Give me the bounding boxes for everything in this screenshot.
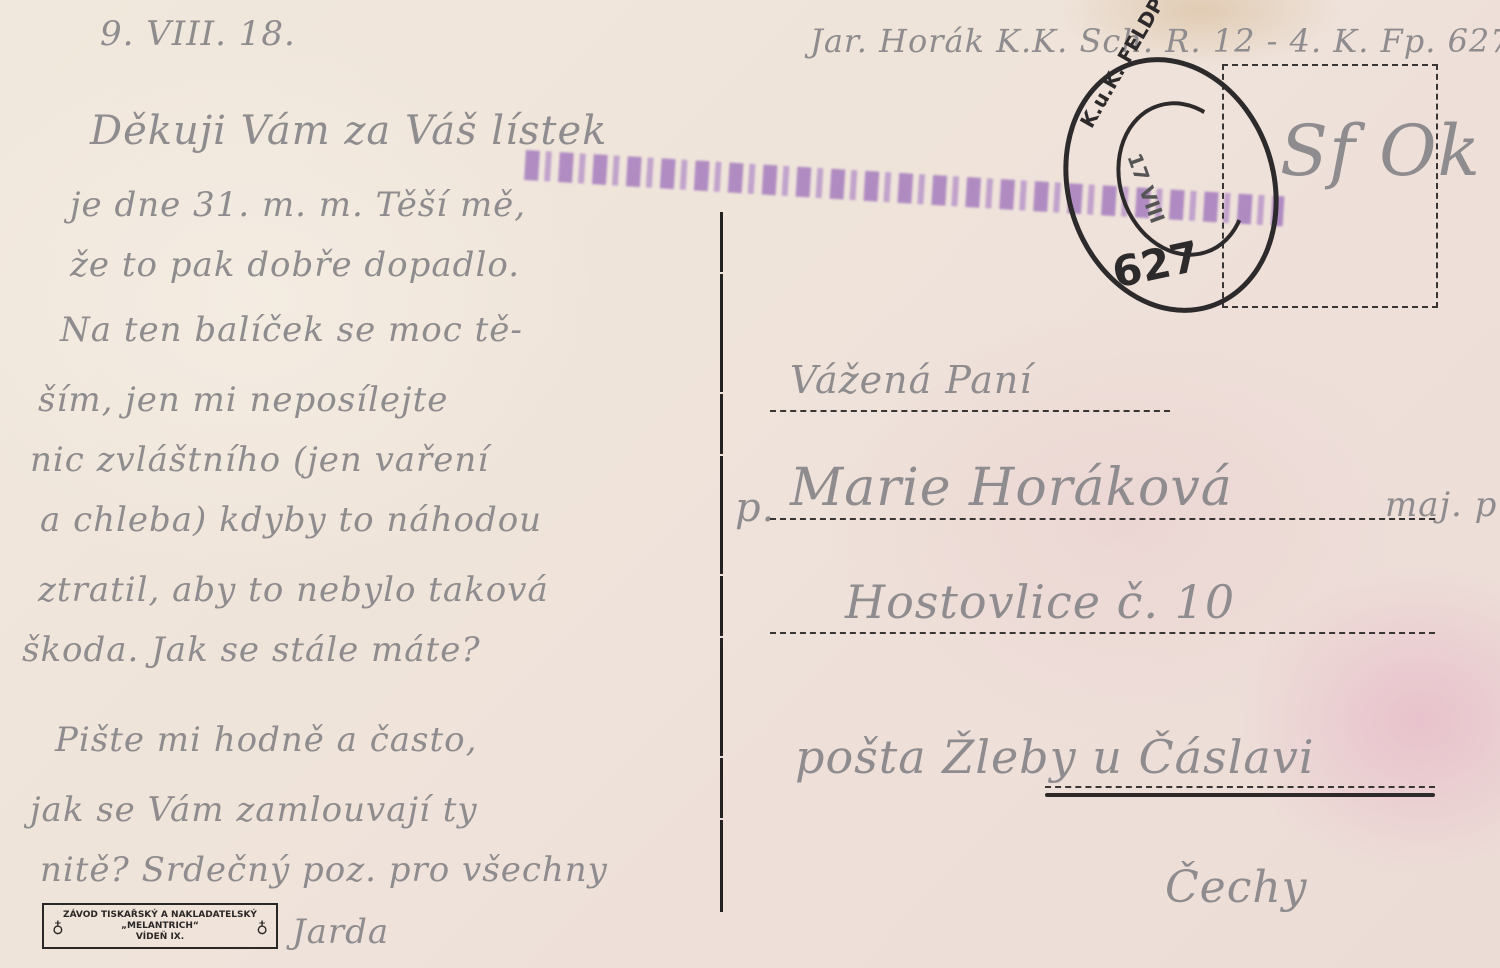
address-prefix: p. [735, 485, 775, 531]
printer-line-2: „MELANTRICH“ [63, 921, 257, 932]
address-salutation: Vážená Paní [790, 358, 1032, 402]
center-divider [720, 212, 723, 912]
address-post: pošta Žleby u Čáslavi [795, 730, 1315, 784]
address-region: Čechy [1165, 862, 1308, 913]
message-line: Děkuji Vám za Váš lístek [90, 108, 607, 154]
message-line: ztratil, aby to nebylo taková [38, 570, 549, 610]
message-line: nitě? Srdečný poz. pro všechny [40, 850, 608, 890]
message-line: nic zvláštního (jen vaření [30, 440, 489, 480]
address-line [770, 410, 1170, 412]
address-underline [1045, 793, 1435, 797]
address-line [1045, 786, 1435, 788]
address-street: Hostovlice č. 10 [845, 575, 1235, 629]
message-line: jak se Vám zamlouvají ty [30, 790, 478, 830]
date: 9. VIII. 18. [100, 14, 296, 54]
message-line: ším, jen mi neposílejte [38, 380, 448, 420]
signature: Jarda [292, 912, 389, 952]
message-line: že to pak dobře dopadlo. [70, 245, 520, 285]
lamp-icon: ♁ [52, 919, 64, 938]
printer-line-1: ZÁVOD TISKAŘSKÝ A NAKLADATELSKÝ [63, 910, 257, 921]
postcard: 9. VIII. 18. Děkuji Vám za Váš lístek je… [0, 0, 1500, 968]
message-line: je dne 31. m. m. Těší mě, [70, 185, 526, 225]
address-name: Marie Horáková [790, 458, 1233, 518]
lamp-icon: ♁ [256, 919, 268, 938]
printer-imprint: ♁ ZÁVOD TISKAŘSKÝ A NAKLADATELSKÝ „MELAN… [42, 903, 278, 949]
message-line: Pište mi hodně a často, [55, 720, 477, 760]
message-line: škoda. Jak se stále máte? [22, 630, 481, 670]
address-line [770, 518, 1435, 520]
message-line: a chleba) kdyby to náhodou [40, 500, 542, 540]
stamp-area-marks: Sf Ok [1280, 110, 1481, 192]
printer-line-3: VÍDEŇ IX. [63, 932, 257, 943]
message-line: Na ten balíček se moc tě- [60, 310, 523, 350]
address-line [770, 632, 1435, 634]
